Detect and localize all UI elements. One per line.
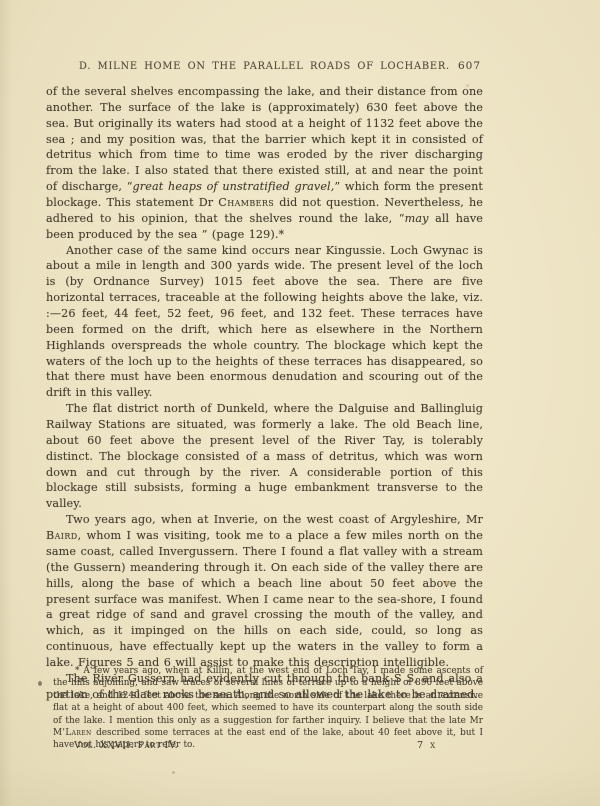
paragraph: The flat district north of Dunkeld, wher… — [46, 401, 483, 512]
text-run: * A few years ago, when at Killin, at th… — [53, 666, 483, 726]
text-run: of the several shelves encompassing the … — [46, 85, 483, 193]
text-run-italic: may — [405, 212, 429, 225]
text-run: , whom I was visiting, took me to a plac… — [46, 529, 483, 669]
footnote-paragraph: * A few years ago, when at Killin, at th… — [53, 665, 483, 752]
article-body: of the several shelves encompassing the … — [46, 84, 483, 703]
foxing-speck — [172, 771, 175, 774]
text-run-smallcaps: Chambers — [218, 196, 274, 209]
footnote: * A few years ago, when at Killin, at th… — [53, 665, 483, 752]
text-run-smallcaps: Baird — [46, 529, 78, 542]
paragraph: of the several shelves encompassing the … — [46, 84, 483, 243]
running-header-title: D. MILNE HOME ON THE PARALLEL ROADS OF L… — [79, 61, 450, 72]
text-run: The flat district north of Dunkeld, wher… — [46, 402, 483, 510]
text-run-smallcaps: M'Laren — [53, 728, 92, 738]
page-number: 607 — [458, 60, 481, 72]
running-header: D. MILNE HOME ON THE PARALLEL ROADS OF L… — [46, 61, 483, 72]
scanned-paper-page: D. MILNE HOME ON THE PARALLEL ROADS OF L… — [0, 0, 600, 806]
volume-part-label: Vol. XXVII. Part IV. — [74, 740, 178, 751]
text-run: Two years ago, when at Inverie, on the w… — [66, 513, 483, 526]
printer-signature-mark: 7 x — [417, 740, 437, 751]
text-run-italic: great heaps of unstratified gravel, — [133, 180, 335, 193]
paragraph: Another case of the same kind occurs nea… — [46, 243, 483, 402]
foxing-speck — [38, 681, 42, 686]
paragraph: Two years ago, when at Inverie, on the w… — [46, 512, 483, 671]
text-run: Another case of the same kind occurs nea… — [46, 244, 483, 400]
bottom-edge-shading — [0, 766, 600, 806]
left-edge-shading — [0, 0, 12, 806]
